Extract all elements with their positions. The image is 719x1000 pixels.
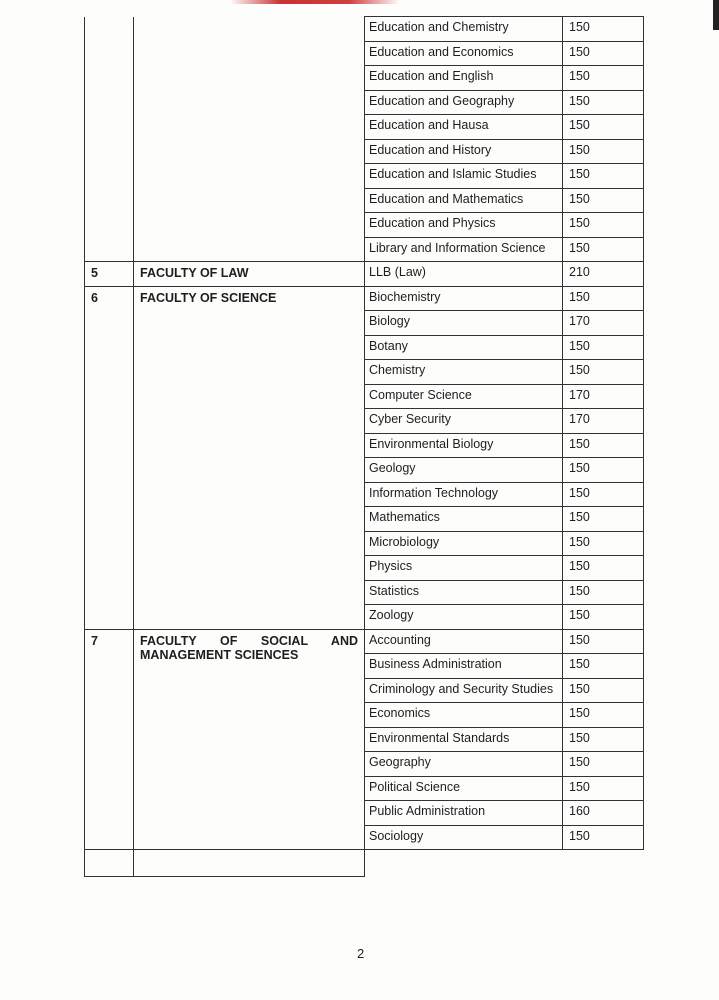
cutoff-score-cell: 150 (563, 605, 644, 630)
cutoff-table-body: Education and Chemistry150Education and … (85, 17, 644, 877)
programme-name: Public Administration (369, 804, 558, 818)
programme-cell: Information Technology (365, 482, 563, 507)
programme-name: Education and Chemistry (369, 20, 558, 34)
programme-name: Education and History (369, 143, 558, 157)
programme-cell: Education and English (365, 66, 563, 91)
cutoff-score-cell: 150 (563, 825, 644, 850)
programme-cell: Criminology and Security Studies (365, 678, 563, 703)
blank-cell (563, 850, 644, 877)
cutoff-score-cell: 210 (563, 262, 644, 287)
cutoff-score-cell: 150 (563, 335, 644, 360)
programme-name: LLB (Law) (369, 265, 558, 279)
serial-number-cell: 7 (85, 629, 134, 850)
cutoff-score-cell: 150 (563, 115, 644, 140)
programme-name: Microbiology (369, 535, 558, 549)
faculty-cell (134, 17, 365, 262)
programme-name: Cyber Security (369, 412, 558, 426)
cutoff-score-cell: 150 (563, 629, 644, 654)
faculty-cell: FACULTY OF LAW (134, 262, 365, 287)
programme-cell: Education and Chemistry (365, 17, 563, 42)
faculty-cell: FACULTY OF SCIENCE (134, 286, 365, 629)
cutoff-score-cell: 150 (563, 776, 644, 801)
programme-name: Education and Hausa (369, 118, 558, 132)
programme-name: Environmental Standards (369, 731, 558, 745)
table-row: 5FACULTY OF LAWLLB (Law)210 (85, 262, 644, 287)
programme-cell: Economics (365, 703, 563, 728)
programme-cell: Library and Information Science (365, 237, 563, 262)
programme-name: Botany (369, 339, 558, 353)
programme-cell: Environmental Standards (365, 727, 563, 752)
cutoff-score-cell: 150 (563, 188, 644, 213)
programme-cell: Education and Physics (365, 213, 563, 238)
programme-name: Political Science (369, 780, 558, 794)
table-filler-row (85, 850, 644, 877)
cutoff-score-cell: 150 (563, 727, 644, 752)
cutoff-score-cell: 150 (563, 531, 644, 556)
faculty-name: FACULTY OF LAW (140, 266, 358, 280)
programme-cell: LLB (Law) (365, 262, 563, 287)
programme-cell: Business Administration (365, 654, 563, 679)
programme-cell: Education and Economics (365, 41, 563, 66)
programme-name: Criminology and Security Studies (369, 682, 558, 696)
programme-name: Geology (369, 461, 558, 475)
programme-name: Statistics (369, 584, 558, 598)
programme-cell: Environmental Biology (365, 433, 563, 458)
programme-cell: Chemistry (365, 360, 563, 385)
table-row: Education and Chemistry150 (85, 17, 644, 42)
scan-edge-shadow (713, 0, 719, 30)
cutoff-score-cell: 150 (563, 139, 644, 164)
programme-name: Biochemistry (369, 290, 558, 304)
cutoff-score-cell: 150 (563, 678, 644, 703)
programme-name: Environmental Biology (369, 437, 558, 451)
programme-cell: Public Administration (365, 801, 563, 826)
cutoff-score-cell: 150 (563, 41, 644, 66)
cutoff-score-cell: 150 (563, 654, 644, 679)
cutoff-score-cell: 150 (563, 556, 644, 581)
cutoff-score-cell: 150 (563, 213, 644, 238)
red-header-mark (230, 0, 400, 4)
programme-cell: Statistics (365, 580, 563, 605)
cutoff-score-cell: 150 (563, 66, 644, 91)
programme-cell: Education and Mathematics (365, 188, 563, 213)
cutoff-table: Education and Chemistry150Education and … (84, 16, 644, 877)
serial-number-cell (85, 17, 134, 262)
table-row: 7FACULTY OF SOCIAL AND MANAGEMENT SCIENC… (85, 629, 644, 654)
programme-cell: Political Science (365, 776, 563, 801)
serial-number-filler (85, 850, 134, 877)
faculty-name: FACULTY OF SOCIAL AND MANAGEMENT SCIENCE… (140, 634, 358, 662)
programme-cell: Education and History (365, 139, 563, 164)
faculty-name: FACULTY OF SCIENCE (140, 291, 358, 305)
programme-name: Computer Science (369, 388, 558, 402)
programme-name: Mathematics (369, 510, 558, 524)
cutoff-score-cell: 150 (563, 90, 644, 115)
programme-name: Sociology (369, 829, 558, 843)
cutoff-score-cell: 150 (563, 433, 644, 458)
programme-name: Accounting (369, 633, 558, 647)
cutoff-score-cell: 170 (563, 384, 644, 409)
programme-cell: Education and Islamic Studies (365, 164, 563, 189)
programme-name: Education and Mathematics (369, 192, 558, 206)
blank-cell (365, 850, 563, 877)
programme-cell: Botany (365, 335, 563, 360)
programme-cell: Geology (365, 458, 563, 483)
faculty-cell: FACULTY OF SOCIAL AND MANAGEMENT SCIENCE… (134, 629, 365, 850)
cutoff-score-cell: 150 (563, 360, 644, 385)
cutoff-score-cell: 160 (563, 801, 644, 826)
programme-name: Education and Islamic Studies (369, 167, 558, 181)
programme-cell: Physics (365, 556, 563, 581)
programme-cell: Mathematics (365, 507, 563, 532)
page-number: 2 (357, 946, 364, 961)
programme-name: Business Administration (369, 657, 558, 671)
programme-cell: Accounting (365, 629, 563, 654)
cutoff-score-cell: 150 (563, 164, 644, 189)
programme-name: Economics (369, 706, 558, 720)
programme-name: Education and Geography (369, 94, 558, 108)
programme-cell: Microbiology (365, 531, 563, 556)
programme-name: Library and Information Science (369, 241, 558, 255)
programme-name: Education and English (369, 69, 558, 83)
serial-number-cell: 6 (85, 286, 134, 629)
programme-cell: Biology (365, 311, 563, 336)
programme-cell: Geography (365, 752, 563, 777)
table-row: 6FACULTY OF SCIENCEBiochemistry150 (85, 286, 644, 311)
programme-name: Biology (369, 314, 558, 328)
programme-name: Information Technology (369, 486, 558, 500)
programme-name: Education and Physics (369, 216, 558, 230)
programme-cell: Education and Geography (365, 90, 563, 115)
programme-cell: Computer Science (365, 384, 563, 409)
programme-name: Geography (369, 755, 558, 769)
programme-cell: Biochemistry (365, 286, 563, 311)
programme-cell: Cyber Security (365, 409, 563, 434)
faculty-filler (134, 850, 365, 877)
programme-name: Education and Economics (369, 45, 558, 59)
serial-number-cell: 5 (85, 262, 134, 287)
cutoff-score-cell: 150 (563, 507, 644, 532)
cutoff-score-cell: 170 (563, 311, 644, 336)
programme-name: Physics (369, 559, 558, 573)
cutoff-score-cell: 150 (563, 482, 644, 507)
cutoff-score-cell: 150 (563, 17, 644, 42)
cutoff-score-cell: 150 (563, 580, 644, 605)
cutoff-score-cell: 150 (563, 703, 644, 728)
cutoff-score-cell: 170 (563, 409, 644, 434)
programme-cell: Sociology (365, 825, 563, 850)
programme-name: Chemistry (369, 363, 558, 377)
cutoff-score-cell: 150 (563, 458, 644, 483)
cutoff-score-cell: 150 (563, 237, 644, 262)
programme-cell: Zoology (365, 605, 563, 630)
programme-name: Zoology (369, 608, 558, 622)
cutoff-score-cell: 150 (563, 286, 644, 311)
cutoff-score-cell: 150 (563, 752, 644, 777)
programme-cell: Education and Hausa (365, 115, 563, 140)
